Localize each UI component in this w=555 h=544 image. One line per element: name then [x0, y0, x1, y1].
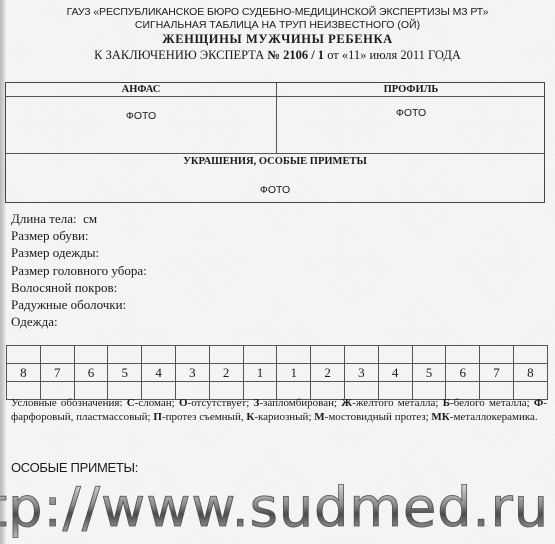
legend-description: -мостовидный протез;	[325, 411, 432, 423]
dental-upper-cell	[74, 346, 108, 364]
legend-code: МК	[431, 411, 449, 423]
document-page: ГАУЗ «РЕСПУБЛИКАНСКОЕ БЮРО СУДЕБНО-МЕДИЦ…	[0, 0, 555, 544]
legend-description: -металлокерамика.	[450, 411, 538, 423]
dental-chart: 8765432112345678	[6, 345, 548, 400]
photo-header-row: АНФАС ПРОФИЛЬ	[6, 83, 544, 97]
field-shoe-size: Размер обуви:	[11, 227, 147, 244]
tooth-number: 5	[108, 364, 142, 382]
dental-upper-cell	[243, 346, 277, 364]
legend-description: -сломан;	[135, 397, 179, 409]
dental-upper-cell	[175, 346, 209, 364]
legend-description: -протез съемный,	[162, 411, 246, 423]
dental-upper-cell	[412, 346, 446, 364]
legend-code: М	[314, 411, 324, 423]
body-description-fields: Длина тела: см Размер обуви: Размер одеж…	[11, 210, 147, 330]
legend-code: С	[127, 397, 135, 409]
dental-upper-cell	[209, 346, 243, 364]
conclusion-reference: К ЗАКЛЮЧЕНИЮ ЭКСПЕРТА № 2106 / 1 от «11»…	[0, 47, 555, 63]
dental-upper-cell	[311, 346, 345, 364]
tooth-number: 3	[175, 364, 209, 382]
legend-description: -кариозный;	[254, 411, 314, 423]
tooth-number: 1	[243, 364, 277, 382]
field-clothing: Одежда:	[11, 313, 147, 330]
special-marks-label: ОСОБЫЕ ПРИМЕТЫ:	[11, 460, 138, 475]
legend-intro: Условные обозначения:	[11, 397, 127, 409]
tooth-number: 8	[513, 364, 547, 382]
dental-upper-cell	[108, 346, 142, 364]
website-watermark: tp://www.sudmed.ru	[0, 478, 549, 538]
legend-description: -отсутствует;	[188, 397, 254, 409]
legend-description: -желтого металла;	[352, 397, 443, 409]
field-hair: Волосяной покров:	[11, 279, 147, 296]
ornaments-header: УКРАШЕНИЯ, ОСОБЫЕ ПРИМЕТЫ	[6, 155, 544, 168]
dental-number-row: 8765432112345678	[7, 364, 548, 382]
ornaments-photo-placeholder: ФОТО	[6, 184, 544, 196]
legend-code: О	[179, 397, 188, 409]
tooth-number: 8	[7, 364, 41, 382]
dental-upper-cell	[40, 346, 74, 364]
tooth-number: 7	[480, 364, 514, 382]
front-view-header: АНФАС	[6, 83, 276, 96]
dental-upper-cell	[378, 346, 412, 364]
legend-description: -запломбирован;	[259, 397, 341, 409]
tooth-number: 4	[142, 364, 176, 382]
legend-code: Ж	[341, 397, 352, 409]
tooth-number: 5	[412, 364, 446, 382]
tooth-number: 7	[40, 364, 74, 382]
dental-upper-row	[7, 346, 548, 364]
dental-upper-cell	[513, 346, 547, 364]
subject-categories: ЖЕНЩИНЫ МУЖЧИНЫ РЕБЕНКА	[0, 32, 555, 47]
photo-row: ФОТО ФОТО	[6, 97, 544, 154]
photo-table: АНФАС ПРОФИЛЬ ФОТО ФОТО УКРАШЕНИЯ, ОСОБЫ…	[5, 82, 545, 203]
document-header: ГАУЗ «РЕСПУБЛИКАНСКОЕ БЮРО СУДЕБНО-МЕДИЦ…	[0, 6, 555, 63]
tooth-number: 6	[446, 364, 480, 382]
tooth-number: 3	[344, 364, 378, 382]
field-headwear-size: Размер головного убора:	[11, 262, 147, 279]
tooth-number: 4	[378, 364, 412, 382]
document-subtitle: СИГНАЛЬНАЯ ТАБЛИЦА НА ТРУП НЕИЗВЕСТНОГО …	[0, 19, 555, 32]
field-body-length: Длина тела: см	[11, 210, 147, 227]
profile-view-header: ПРОФИЛЬ	[277, 83, 545, 96]
legend-code: Ф	[534, 397, 543, 409]
conclusion-date: от «11» июля 2011 ГОДА	[324, 48, 461, 62]
field-clothing-size: Размер одежды:	[11, 244, 147, 261]
profile-photo-placeholder: ФОТО	[277, 107, 545, 119]
legend-code: Б	[443, 397, 450, 409]
front-photo-placeholder: ФОТО	[6, 110, 276, 122]
dental-upper-cell	[7, 346, 41, 364]
dental-upper-cell	[446, 346, 480, 364]
tooth-number: 2	[209, 364, 243, 382]
dental-upper-cell	[480, 346, 514, 364]
dental-legend: Условные обозначения: С-сломан; О-отсутс…	[11, 397, 547, 424]
dental-upper-cell	[277, 346, 311, 364]
dental-upper-cell	[344, 346, 378, 364]
organization-name: ГАУЗ «РЕСПУБЛИКАНСКОЕ БЮРО СУДЕБНО-МЕДИЦ…	[0, 6, 555, 19]
tooth-number: 6	[74, 364, 108, 382]
tooth-number: 2	[311, 364, 345, 382]
legend-code: П	[153, 411, 162, 423]
conclusion-prefix: К ЗАКЛЮЧЕНИЮ ЭКСПЕРТА	[94, 48, 267, 62]
dental-upper-cell	[142, 346, 176, 364]
tooth-number: 1	[277, 364, 311, 382]
field-iris: Радужные оболочки:	[11, 296, 147, 313]
legend-description: -белого металла;	[450, 397, 534, 409]
conclusion-number: № 2106 / 1	[267, 48, 324, 62]
